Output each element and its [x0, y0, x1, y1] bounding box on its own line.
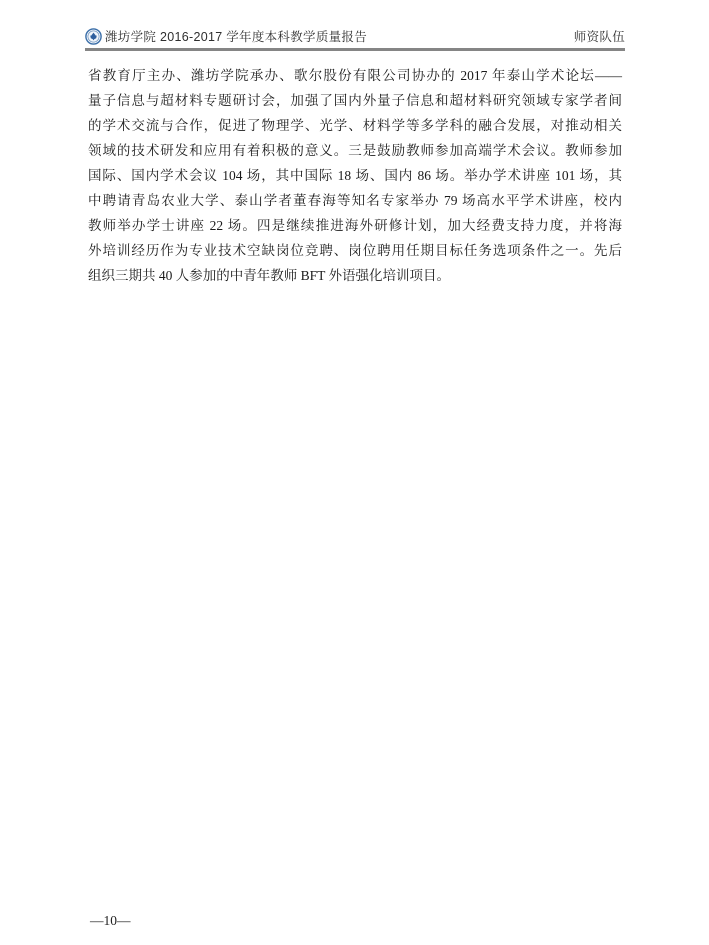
paragraph-line: 省教育厅主办、潍坊学院承办、歌尔股份有限公司协办的 2017 年泰山学术论坛——	[88, 63, 622, 88]
paragraph-line: 的学术交流与合作，促进了物理学、光学、材料学等多学科的融合发展，对推动相关	[88, 113, 622, 138]
report-title: 潍坊学院 2016-2017 学年度本科教学质量报告	[105, 27, 367, 45]
paragraph-line: 外培训经历作为专业技术空缺岗位竞聘、岗位聘用任期目标任务选项条件之一。先后	[88, 238, 622, 263]
paragraph: 省教育厅主办、潍坊学院承办、歌尔股份有限公司协办的 2017 年泰山学术论坛——…	[88, 63, 622, 288]
header-rule	[85, 48, 625, 51]
university-logo-icon	[85, 28, 102, 45]
header-left: 潍坊学院 2016-2017 学年度本科教学质量报告	[85, 27, 367, 45]
page-header: 潍坊学院 2016-2017 学年度本科教学质量报告 师资队伍	[85, 27, 625, 45]
section-label: 师资队伍	[574, 27, 625, 45]
document-page: 潍坊学院 2016-2017 学年度本科教学质量报告 师资队伍 省教育厅主办、潍…	[0, 0, 709, 945]
paragraph-line: 领域的技术研发和应用有着积极的意义。三是鼓励教师参加高端学术会议。教师参加	[88, 138, 622, 163]
page-footer: —10—	[90, 913, 131, 929]
paragraph-line: 组织三期共 40 人参加的中青年教师 BFT 外语强化培训项目。	[88, 263, 622, 288]
page-number: —10—	[90, 913, 131, 928]
paragraph-line: 量子信息与超材料专题研讨会，加强了国内外量子信息和超材料研究领域专家学者间	[88, 88, 622, 113]
paragraph-line: 中聘请青岛农业大学、泰山学者董春海等知名专家举办 79 场高水平学术讲座，校内	[88, 188, 622, 213]
paragraph-line: 国际、国内学术会议 104 场，其中国际 18 场、国内 86 场。举办学术讲座…	[88, 163, 622, 188]
paragraph-line: 教师举办学士讲座 22 场。四是继续推进海外研修计划，加大经费支持力度，并将海	[88, 213, 622, 238]
